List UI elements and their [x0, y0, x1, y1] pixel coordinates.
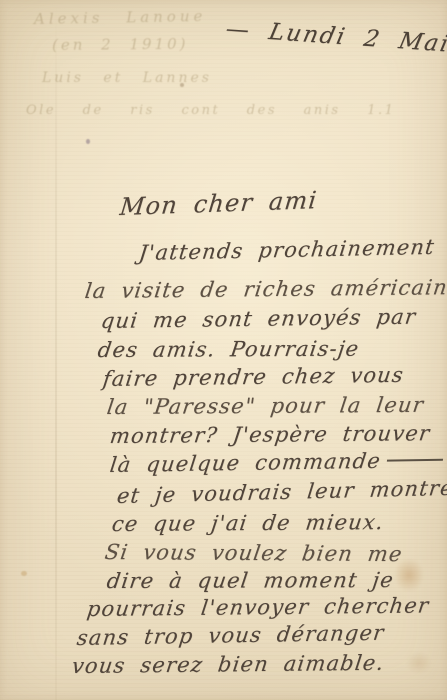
ink-speck [180, 83, 184, 87]
pencil-annotation: Ole de ris cont des anis 1.1 [26, 103, 395, 118]
letter-line: des amis. Pourrais-je [96, 337, 361, 362]
letter-sheet: Alexis Lanoue (en 2 1910) Luis et Lannes… [0, 0, 447, 700]
letter-line: faire prendre chez vous [101, 363, 405, 391]
letter-line: la "Paresse" pour la leur [105, 393, 425, 419]
letter-line: la visite de riches américains [83, 275, 447, 303]
pencil-annotation: (en 2 1910) [52, 35, 189, 54]
fold-crease [55, 0, 57, 700]
ink-speck [86, 139, 90, 144]
letter-line: et je voudrais leur montrer [116, 475, 447, 508]
letter-line: J'attends prochainement [138, 235, 437, 265]
ink-speck [21, 571, 27, 576]
letter-line: qui me sont envoyés par [99, 305, 417, 333]
pencil-annotation: Luis et Lannes [42, 70, 212, 86]
letter-line-salutation: Mon cher ami [119, 186, 319, 221]
letter-line: dire à quel moment je [105, 568, 395, 593]
letter-line: montrer? J'espère trouver [108, 421, 431, 448]
foxing-stain [394, 558, 424, 592]
letter-line: Si vous voulez bien me [103, 540, 404, 566]
letter-line: sans trop vous déranger [76, 621, 386, 650]
letter-line: ce que j'ai de mieux. [110, 510, 385, 536]
date-line: — Lundi 2 Mai [223, 16, 447, 57]
letter-line: là quelque commande [109, 448, 445, 477]
pencil-annotation: Alexis Lanoue [34, 7, 207, 28]
foxing-stain [406, 652, 432, 674]
letter-line-closing: vous serez bien aimable. [70, 651, 386, 678]
letter-line: pourrais l'envoyer chercher [85, 593, 430, 621]
